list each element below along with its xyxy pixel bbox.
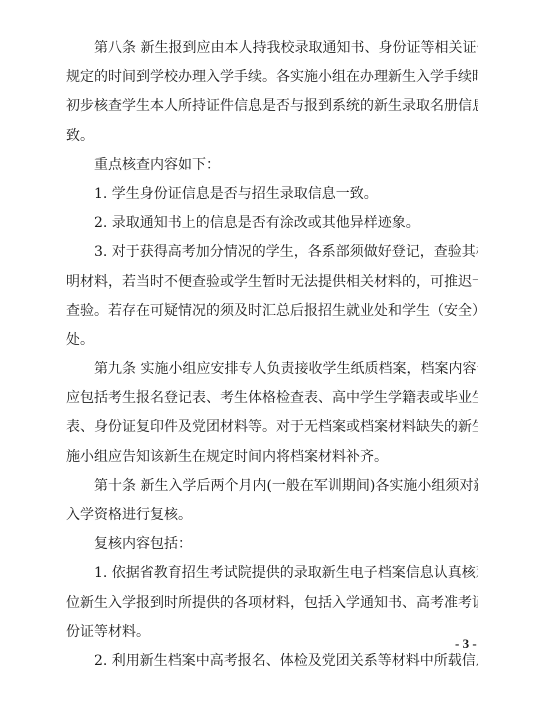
check-item-3-line-1: 3. 对于获得高考加分情况的学生，各系部须做好登记，查验其相关证: [66, 238, 478, 267]
check-item-3-line-2: 明材料，若当时不便查验或学生暂时无法提供相关材料的，可推迟一周内: [66, 268, 478, 297]
article-9-line-1: 第九条 实施小组应安排专人负责接收学生纸质档案，档案内容一般: [66, 355, 478, 384]
check-item-3-line-3: 查验。若存在可疑情况的须及时汇总后报招生就业处和学生（安全）工作: [66, 297, 478, 326]
page-number: - 3 -: [455, 636, 477, 652]
article-9-line-3: 表、身份证复印件及党团材料等。对于无档案或档案材料缺失的新生，实: [66, 413, 478, 442]
key-check-heading: 重点核查内容如下：: [66, 151, 478, 180]
article-8-line-1: 第八条 新生报到应由本人持我校录取通知书、身份证等相关证件在: [66, 34, 478, 63]
check-item-3-line-4: 处。: [66, 326, 478, 355]
check-item-2: 2. 录取通知书上的信息是否有涂改或其他异样迹象。: [66, 209, 478, 238]
article-8-line-4: 致。: [66, 122, 478, 151]
review-item-2-line-1: 2. 利用新生档案中高考报名、体检及党团关系等材料中所载信息、照: [66, 647, 478, 676]
document-body: 第八条 新生报到应由本人持我校录取通知书、身份证等相关证件在 规定的时间到学校办…: [66, 34, 478, 676]
review-item-1-line-2: 位新生入学报到时所提供的各项材料，包括入学通知书、高考准考证、身: [66, 589, 478, 618]
article-9-line-4: 施小组应告知该新生在规定时间内将档案材料补齐。: [66, 443, 478, 472]
article-10-line-1: 第十条 新生入学后两个月内(一般在军训期间)各实施小组须对新生: [66, 472, 478, 501]
article-10-line-2: 入学资格进行复核。: [66, 501, 478, 530]
check-item-1: 1. 学生身份证信息是否与招生录取信息一致。: [66, 180, 478, 209]
article-9-line-2: 应包括考生报名登记表、考生体格检查表、高中学生学籍表或毕业生登记: [66, 384, 478, 413]
article-8-line-2: 规定的时间到学校办理入学手续。各实施小组在办理新生入学手续时，要: [66, 63, 478, 92]
article-8-line-3: 初步核查学生本人所持证件信息是否与报到系统的新生录取名册信息一: [66, 92, 478, 121]
review-item-1-line-1: 1. 依据省教育招生考试院提供的录取新生电子档案信息认真核对每: [66, 559, 478, 588]
review-item-1-line-3: 份证等材料。: [66, 618, 478, 647]
review-heading: 复核内容包括：: [66, 530, 478, 559]
